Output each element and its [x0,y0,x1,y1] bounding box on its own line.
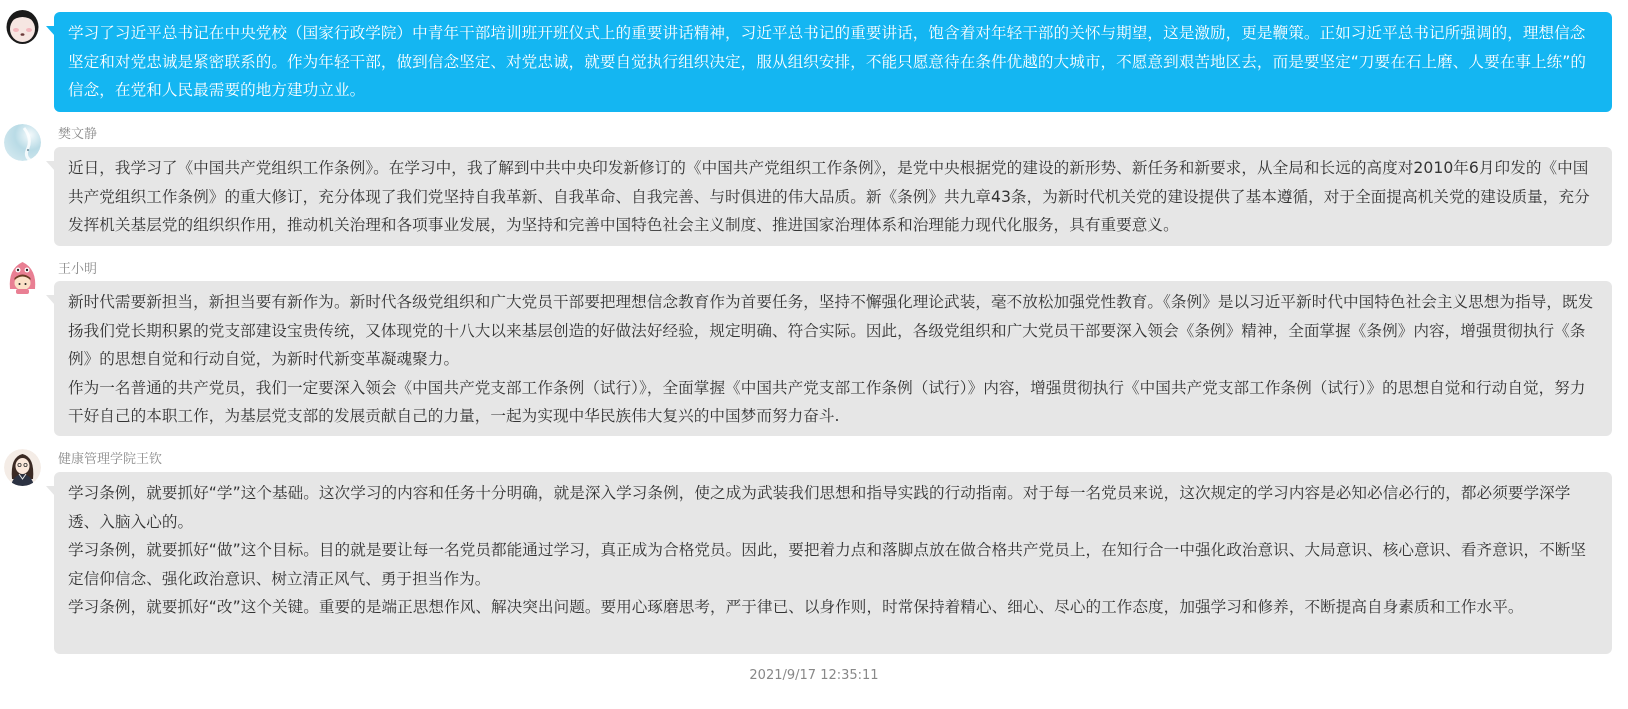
message-paragraph: 新时代需要新担当，新担当要有新作为。新时代各级党组织和广大党员干部要把理想信念教… [68,288,1600,374]
message-paragraph: 学习条例，就要抓好“改”这个关键。重要的是端正思想作风、解决突出问题。要用心琢磨… [68,593,1600,622]
message-paragraph: 近日，我学习了《中国共产党组织工作条例》。在学习中，我了解到中共中央印发新修订的… [68,154,1600,240]
message-timestamp: 2021/9/17 12:35:11 [0,667,1628,685]
avatar-girl-black-hair-icon [4,8,41,45]
avatar-illustrated-woman-icon [4,449,41,486]
avatar[interactable] [4,124,41,161]
avatar[interactable] [4,8,41,45]
avatar-blue-sky-icon [4,124,41,161]
sender-name: 樊文静 [58,127,97,143]
avatar-pink-hood-icon [4,259,41,296]
sender-name: 王小明 [58,262,97,278]
message-paragraph: 学习条例，就要抓好“做”这个目标。目的就是要让每一名党员都能通过学习，真正成为合… [68,536,1600,593]
message-bubble[interactable]: 学习条例，就要抓好“学”这个基础。这次学习的内容和任务十分明确，就是深入学习条例… [54,472,1612,654]
message-paragraph: 作为一名普通的共产党员，我们一定要深入领会《中国共产党支部工作条例（试行）》，全… [68,374,1600,431]
avatar[interactable] [4,449,41,486]
message-bubble[interactable]: 近日，我学习了《中国共产党组织工作条例》。在学习中，我了解到中共中央印发新修订的… [54,147,1612,246]
message-paragraph: 学习条例，就要抓好“学”这个基础。这次学习的内容和任务十分明确，就是深入学习条例… [68,479,1600,536]
chat-transcript: 学习了习近平总书记在中央党校（国家行政学院）中青年干部培训班开班仪式上的重要讲话… [0,0,1628,709]
message-bubble[interactable]: 学习了习近平总书记在中央党校（国家行政学院）中青年干部培训班开班仪式上的重要讲话… [54,12,1612,112]
message-bubble[interactable]: 新时代需要新担当，新担当要有新作为。新时代各级党组织和广大党员干部要把理想信念教… [54,281,1612,436]
message-paragraph: 学习了习近平总书记在中央党校（国家行政学院）中青年干部培训班开班仪式上的重要讲话… [68,19,1600,105]
sender-name: 健康管理学院王钦 [58,452,162,468]
avatar[interactable] [4,259,41,296]
